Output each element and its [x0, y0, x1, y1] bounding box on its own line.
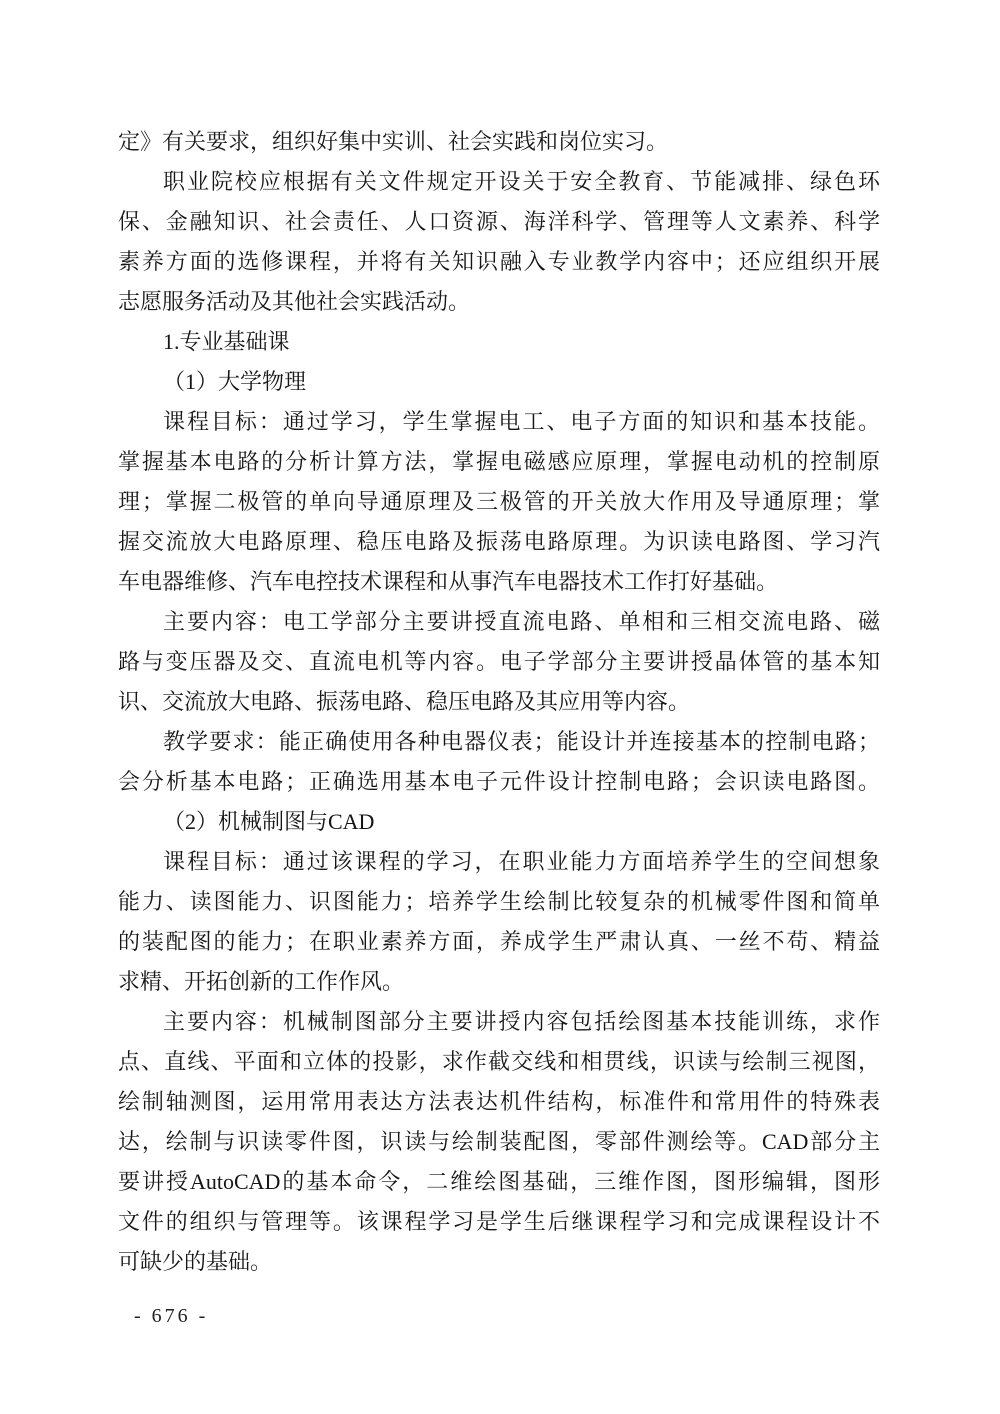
text-line: 教学要求：能正确使用各种电器仪表；能设计并连接基本的控制电路；	[118, 722, 880, 762]
text-line: 主要内容：机械制图部分主要讲授内容包括绘图基本技能训练，求作	[118, 1002, 880, 1042]
text-line: 课程目标：通过该课程的学习，在职业能力方面培养学生的空间想象	[118, 842, 880, 882]
text-line: 车电器维修、汽车电控技术课程和从事汽车电器技术工作打好基础。	[118, 562, 880, 602]
text-line: 识、交流放大电路、振荡电路、稳压电路及其应用等内容。	[118, 682, 880, 722]
text-line: 能力、读图能力、识图能力；培养学生绘制比较复杂的机械零件图和简单	[118, 882, 880, 922]
text-line: 达，绘制与识读零件图，识读与绘制装配图，零部件测绘等。CAD部分主	[118, 1122, 880, 1162]
page-number: - 676 -	[134, 1302, 208, 1330]
text-line: 的装配图的能力；在职业素养方面，养成学生严肃认真、一丝不苟、精益	[118, 922, 880, 962]
text-line: 会分析基本电路；正确选用基本电子元件设计控制电路；会识读电路图。	[118, 762, 880, 802]
text-line: 素养方面的选修课程，并将有关知识融入专业教学内容中；还应组织开展	[118, 242, 880, 282]
text-line: 求精、开拓创新的工作作风。	[118, 962, 880, 1002]
text-line: 保、金融知识、社会责任、人口资源、海洋科学、管理等人文素养、科学	[118, 202, 880, 242]
text-line: 掌握基本电路的分析计算方法，掌握电磁感应原理，掌握电动机的控制原	[118, 442, 880, 482]
text-line: 职业院校应根据有关文件规定开设关于安全教育、节能减排、绿色环	[118, 162, 880, 202]
text-line: 点、直线、平面和立体的投影，求作截交线和相贯线，识读与绘制三视图，	[118, 1042, 880, 1082]
document-page: 定》有关要求，组织好集中实训、社会实践和岗位实习。职业院校应根据有关文件规定开设…	[0, 0, 1000, 1414]
text-line: （1）大学物理	[118, 362, 880, 402]
text-line: 主要内容：电工学部分主要讲授直流电路、单相和三相交流电路、磁	[118, 602, 880, 642]
text-line: 要讲授AutoCAD的基本命令，二维绘图基础，三维作图，图形编辑，图形	[118, 1162, 880, 1202]
text-line: 课程目标：通过学习，学生掌握电工、电子方面的知识和基本技能。	[118, 402, 880, 442]
text-line: 绘制轴测图，运用常用表达方法表达机件结构，标准件和常用件的特殊表	[118, 1082, 880, 1122]
text-line: 定》有关要求，组织好集中实训、社会实践和岗位实习。	[118, 122, 880, 162]
text-line: 志愿服务活动及其他社会实践活动。	[118, 282, 880, 322]
document-body: 定》有关要求，组织好集中实训、社会实践和岗位实习。职业院校应根据有关文件规定开设…	[118, 122, 880, 1282]
text-line: 握交流放大电路原理、稳压电路及振荡电路原理。为识读电路图、学习汽	[118, 522, 880, 562]
text-line: 可缺少的基础。	[118, 1242, 880, 1282]
text-line: 文件的组织与管理等。该课程学习是学生后继课程学习和完成课程设计不	[118, 1202, 880, 1242]
text-line: 理；掌握二极管的单向导通原理及三极管的开关放大作用及导通原理；掌	[118, 482, 880, 522]
text-line: 路与变压器及交、直流电机等内容。电子学部分主要讲授晶体管的基本知	[118, 642, 880, 682]
text-line: （2）机械制图与CAD	[118, 802, 880, 842]
text-line: 1.专业基础课	[118, 322, 880, 362]
